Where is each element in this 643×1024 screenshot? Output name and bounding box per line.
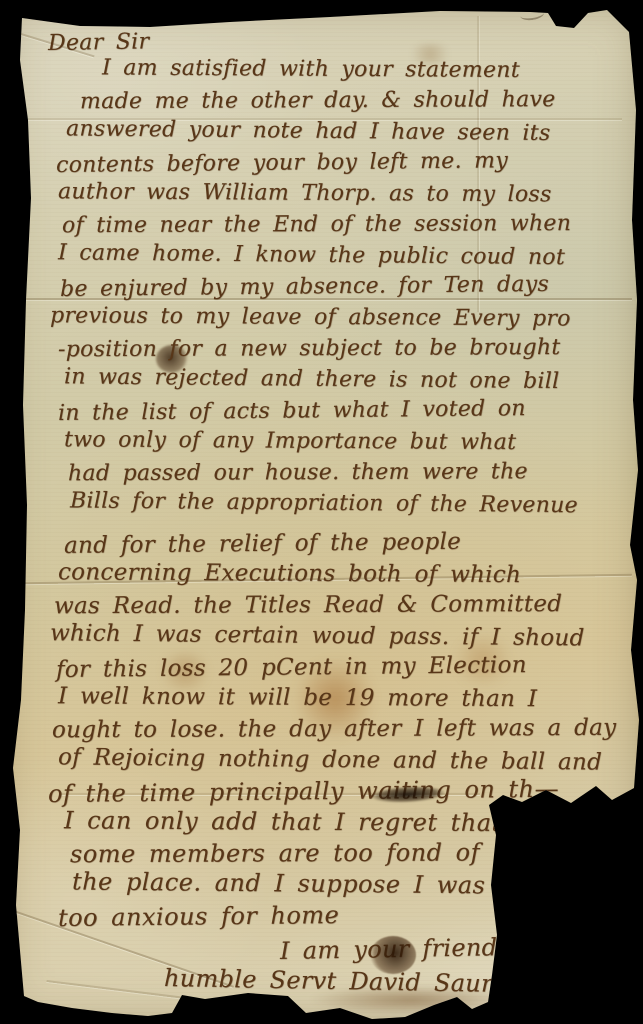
letter-line: in the list of acts but what I voted on <box>58 392 625 429</box>
letter-line: I can only add that I regret that <box>64 805 625 839</box>
letter-line: made me the other day. & should have <box>80 84 625 117</box>
letter-line: of time near the End of the session when <box>62 208 625 241</box>
letter-line: be enjured by my absence. for Ten days <box>60 268 625 305</box>
letter-line: too anxious for home <box>58 897 625 934</box>
letter-line: ought to lose. the day after I left was … <box>52 713 625 746</box>
letter-line: -position for a new subject to be brough… <box>58 332 625 365</box>
letter-line: the place. and I suppose I was <box>72 866 625 902</box>
closing-line: I am your friend & <box>280 928 626 968</box>
letter-line: Bills for the appropriation of the Reven… <box>70 485 625 521</box>
letter-line: I well know it will be 19 more than I <box>58 681 625 715</box>
letter-line: contents before your boy left me. my <box>56 144 625 181</box>
letter-line: had passed our house. them were the <box>68 456 625 489</box>
letter-photograph: Dear Sir I am satisfied with your statem… <box>0 0 643 1024</box>
letter-line: some members are too fond of <box>70 837 625 870</box>
letter-line: author was William Thorp. as to my loss <box>58 176 625 210</box>
letter-line: of the time principally waiting on th— <box>48 773 625 810</box>
letter-line: I am satisfied with your statement <box>102 52 625 86</box>
letter-paper: Dear Sir I am satisfied with your statem… <box>0 0 643 1024</box>
letter-line: was Read. the Titles Read & Committed <box>54 589 625 622</box>
letter-line: and for the relief of the people <box>64 525 625 562</box>
letter-content: Dear Sir I am satisfied with your statem… <box>48 24 625 999</box>
letter-line: previous to my leave of absence Every pr… <box>50 300 625 335</box>
letter-body: I am satisfied with your statement made … <box>48 54 625 931</box>
signature-line: humble Servt David Saunders <box>164 961 626 1003</box>
letter-line: for this loss 20 pCent in my Election <box>56 649 625 686</box>
letter-line: two only of any Importance but what <box>64 424 625 458</box>
letter-line: concerning Executions both of which <box>58 557 625 591</box>
